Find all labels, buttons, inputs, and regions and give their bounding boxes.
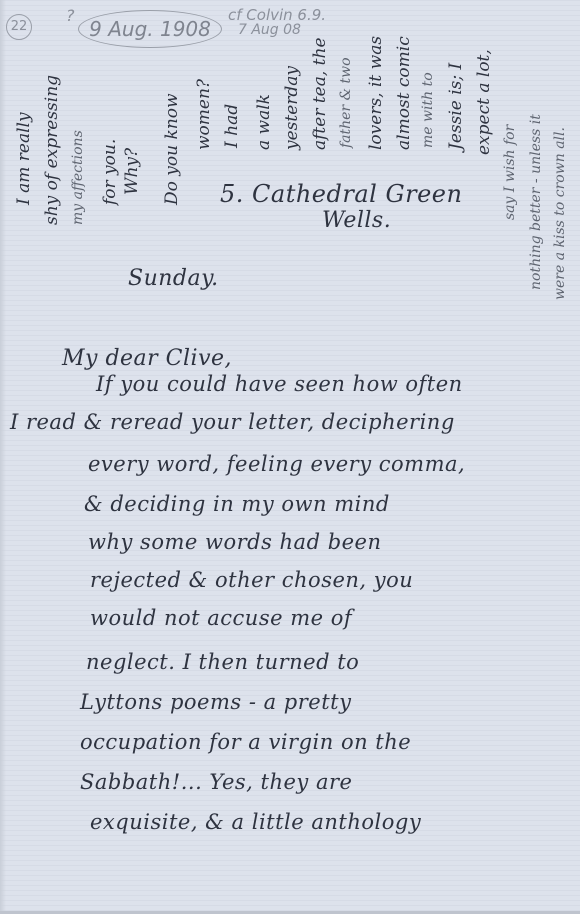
body-line: I read & reread your letter, deciphering: [10, 410, 455, 434]
margin-line: I had: [222, 104, 242, 148]
margin-line: for you.: [100, 139, 120, 205]
margin-line: Jessie is; I: [446, 63, 466, 150]
margin-line: shy of expressing: [42, 75, 62, 225]
body-line: why some words had been: [88, 530, 382, 554]
margin-line: almost comic: [394, 36, 414, 150]
body-line: occupation for a virgin on the: [80, 730, 411, 754]
circled-date: 9 Aug. 1908: [78, 10, 222, 48]
body-line: If you could have seen how often: [96, 372, 463, 396]
margin-line: nothing better - unless it: [528, 114, 544, 290]
margin-line: women?: [194, 79, 214, 150]
address-line-1: 5. Cathedral Green: [220, 180, 462, 208]
body-line: Sabbath!... Yes, they are: [80, 770, 352, 794]
margin-line: I am really: [14, 112, 34, 205]
margin-line: expect a lot,: [474, 49, 494, 155]
folio-number: 22: [6, 14, 32, 40]
margin-line: my affections: [70, 130, 86, 225]
manuscript-page: 22 ? 9 Aug. 1908 cf Colvin 6.9. 7 Aug 08…: [0, 0, 580, 914]
margin-line: a walk: [254, 94, 274, 150]
margin-line: father & two: [338, 57, 354, 148]
margin-line: yesterday: [282, 66, 302, 150]
body-line: rejected & other chosen, you: [90, 568, 413, 592]
address-line-2: Wells.: [322, 208, 391, 233]
body-line: neglect. I then turned to: [86, 650, 359, 674]
margin-line: Do you know: [162, 94, 182, 206]
page-left-edge: [0, 0, 6, 914]
margin-line: say I wish for: [502, 125, 518, 220]
body-line: exquisite, & a little anthology: [90, 810, 421, 834]
letter-day: Sunday.: [128, 266, 219, 291]
body-line: Lyttons poems - a pretty: [80, 690, 351, 714]
margin-line: were a kiss to crown all.: [552, 127, 568, 300]
margin-line: me with to: [420, 72, 436, 148]
body-line: & deciding in my own mind: [84, 492, 390, 516]
margin-line: after tea, the: [310, 37, 330, 150]
margin-line: Why?: [122, 148, 142, 195]
postmark-note-2: 7 Aug 08: [238, 22, 301, 38]
body-line: every word, feeling every comma,: [88, 452, 465, 476]
salutation: My dear Clive,: [62, 346, 232, 371]
margin-line: lovers, it was: [366, 36, 386, 150]
body-line: would not accuse me of: [90, 606, 352, 630]
date-question-mark: ?: [66, 6, 75, 25]
